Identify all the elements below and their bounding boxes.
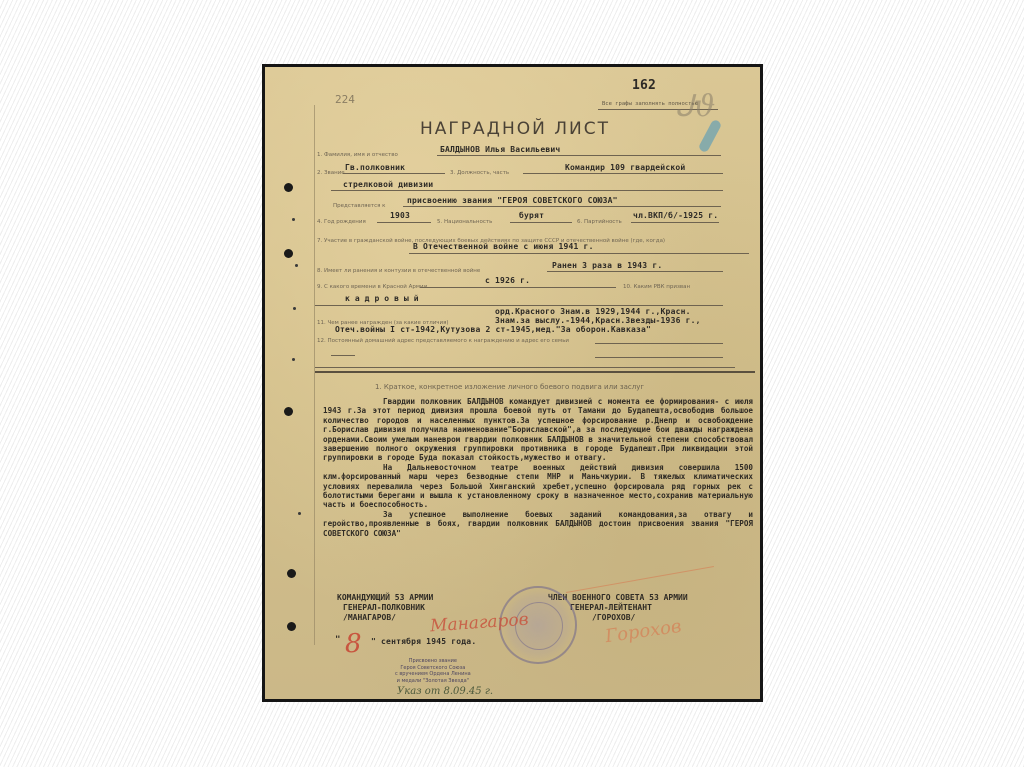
rule bbox=[437, 155, 721, 156]
date-quote: " bbox=[335, 635, 341, 645]
rule bbox=[315, 371, 755, 373]
signature-block-left: КОМАНДУЮЩИЙ 53 АРМИИ ГЕНЕРАЛ-ПОЛКОВНИК /… bbox=[337, 593, 433, 623]
field-label: 3. Должность, часть bbox=[450, 170, 509, 176]
field-label: 12. Постоянный домашний адрес представля… bbox=[317, 338, 569, 344]
rule bbox=[343, 173, 445, 174]
rule bbox=[315, 367, 735, 368]
award-document: 224 162 Все графы заполнять полностью ᒍϑ… bbox=[262, 64, 763, 702]
rule bbox=[547, 271, 723, 272]
field-value-war-participation: В Отечественной войне с июня 1941 г. bbox=[413, 242, 594, 251]
rule bbox=[510, 222, 572, 223]
field-value-presented: присвоению звания "ГЕРОЯ СОВЕТСКОГО СОЮЗ… bbox=[407, 196, 618, 205]
field-label: 6. Партийность bbox=[577, 219, 622, 225]
body-paragraph: Гвардии полковник БАЛДЫНОВ командует див… bbox=[323, 397, 753, 463]
signature-stroke bbox=[566, 566, 714, 593]
rule bbox=[595, 343, 723, 344]
punch-hole bbox=[284, 407, 293, 416]
date-rest: " сентября 1945 года. bbox=[371, 637, 476, 646]
field-value-conscription: кадровый bbox=[345, 294, 424, 303]
punch-hole bbox=[287, 569, 296, 578]
field-value-awards-line3: Отеч.войны I ст-1942,Кутузова 2 ст-1945,… bbox=[335, 325, 651, 334]
document-title: НАГРАДНОЙ ЛИСТ bbox=[420, 119, 610, 139]
field-label: Представляется к bbox=[333, 203, 385, 209]
field-value-position: Командир 109 гвардейской bbox=[565, 163, 685, 172]
field-label: 9. С какого времени в Красной Армии bbox=[317, 284, 427, 290]
stamp-line: с вручением Ордена Ленина bbox=[395, 671, 471, 678]
date-day: 8 bbox=[345, 629, 362, 659]
rule bbox=[331, 355, 355, 356]
field-label: 5. Национальность bbox=[437, 219, 492, 225]
field-value-wounds: Ранен 3 раза в 1943 г. bbox=[552, 261, 662, 270]
decree-note: Указ от 8.09.45 г. bbox=[397, 686, 493, 697]
field-value-awards-line2: Знам.за выслу.-1944,Красн.Звезды-1936 г.… bbox=[495, 316, 701, 325]
archive-number: 224 bbox=[335, 93, 355, 106]
rule bbox=[409, 253, 749, 254]
pencil-mark: ᒍϑ bbox=[675, 89, 715, 124]
stamp-line: и медали "Золотая Звезда" bbox=[395, 678, 471, 685]
field-value-position-cont: стрелковой дивизии bbox=[343, 180, 433, 189]
signature-name: /МАНАГАРОВ/ bbox=[337, 613, 433, 623]
field-label: 10. Каким РВК призван bbox=[623, 284, 690, 290]
field-value-birth-year: 1903 bbox=[390, 211, 410, 220]
body-paragraph: За успешное выполнение боевых заданий ко… bbox=[323, 510, 753, 538]
punch-hole bbox=[284, 249, 293, 258]
field-value-name: БАЛДЫНОВ Илья Васильевич bbox=[440, 145, 560, 154]
rule bbox=[595, 357, 723, 358]
field-value-army-since: с 1926 г. bbox=[485, 276, 530, 285]
body-paragraph: На Дальневосточном театре военных действ… bbox=[323, 463, 753, 510]
field-value-awards-line1: орд.Красного Знам.в 1929,1944 г.,Красн. bbox=[495, 307, 691, 316]
body-text: Гвардии полковник БАЛДЫНОВ командует див… bbox=[323, 397, 753, 538]
binder-dot bbox=[292, 218, 295, 221]
binder-dot bbox=[293, 307, 296, 310]
rule bbox=[315, 305, 723, 306]
binder-dot bbox=[298, 512, 301, 515]
field-label: 8. Имеет ли ранения и контузии в отечест… bbox=[317, 268, 480, 274]
rule bbox=[523, 173, 723, 174]
rule bbox=[377, 222, 431, 223]
rule bbox=[403, 206, 721, 207]
binder-dot bbox=[292, 358, 295, 361]
punch-hole bbox=[287, 622, 296, 631]
signature-title: КОМАНДУЮЩИЙ 53 АРМИИ bbox=[337, 593, 433, 603]
binder-dot bbox=[295, 264, 298, 267]
field-label: 1. Фамилия, имя и отчество bbox=[317, 152, 398, 158]
field-value-rank: Гв.полковник bbox=[345, 163, 405, 172]
rule bbox=[331, 190, 723, 191]
field-label: 4. Год рождения bbox=[317, 219, 366, 225]
page-number: 162 bbox=[632, 78, 656, 93]
punch-hole bbox=[284, 183, 293, 192]
rule bbox=[420, 287, 616, 288]
field-value-party: чл.ВКП/б/-1925 г. bbox=[633, 211, 718, 220]
signature-rank: ГЕНЕРАЛ-ПОЛКОВНИК bbox=[337, 603, 433, 613]
margin-line bbox=[314, 105, 315, 645]
field-label: 2. Звание bbox=[317, 170, 345, 176]
rule bbox=[631, 222, 719, 223]
field-value-nationality: бурят bbox=[519, 211, 544, 220]
section-title: 1. Краткое, конкретное изложение личного… bbox=[375, 383, 644, 391]
award-stamp: Присвоено звание Героя Советского Союза … bbox=[395, 658, 471, 684]
